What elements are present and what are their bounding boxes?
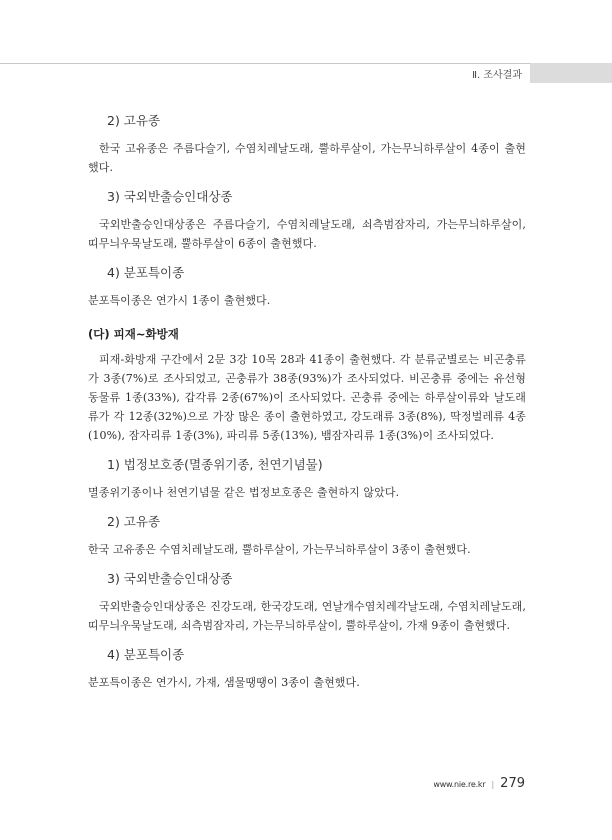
footer-separator: | [491, 780, 494, 789]
subsection-intro: 피재-화방재 구간에서 2문 3강 10목 28과 41종이 출현했다. 각 분… [88, 350, 526, 445]
item-heading-protected: 1) 법정보호종(멸종위기종, 천연기념물) [88, 457, 526, 473]
section-body-distribution: 분포특이종은 연가시 1종이 출현했다. [88, 291, 526, 310]
section-heading-export-approval: 3) 국외반출승인대상종 [88, 189, 526, 205]
item-heading-export-approval: 3) 국외반출승인대상종 [88, 571, 526, 587]
item-heading-endemic: 2) 고유종 [88, 514, 526, 530]
header-tab-block [530, 63, 612, 83]
item-body-export-approval: 국외반출승인대상종은 진강도래, 한국강도래, 연날개수염치레각날도래, 수염치… [88, 597, 526, 635]
chapter-title: Ⅱ. 조사결과 [472, 66, 522, 81]
page-number: 279 [500, 776, 525, 791]
item-body-protected: 멸종위기종이나 천연기념물 같은 법정보호종은 출현하지 않았다. [88, 483, 526, 502]
section-body-export-approval: 국외반출승인대상종은 주름다슬기, 수염치레날도래, 쇠측범잠자리, 가는무늬하… [88, 215, 526, 253]
header-rule [0, 63, 530, 64]
page-content: 2) 고유종 한국 고유종은 주름다슬기, 수염치레날도래, 뿔하루살이, 가는… [88, 113, 526, 704]
footer-url[interactable]: www.nie.re.kr [433, 780, 485, 789]
section-heading-endemic: 2) 고유종 [88, 113, 526, 129]
item-body-endemic: 한국 고유종은 수염치레날도래, 뿔하루살이, 가는무늬하루살이 3종이 출현했… [88, 540, 526, 559]
section-body-endemic: 한국 고유종은 주름다슬기, 수염치레날도래, 뿔하루살이, 가는무늬하루살이 … [88, 139, 526, 177]
subsection-heading: (다) 피재~화방재 [88, 326, 526, 342]
page-footer: www.nie.re.kr|279 [0, 772, 525, 791]
item-heading-distribution: 4) 분포특이종 [88, 647, 526, 663]
section-heading-distribution: 4) 분포특이종 [88, 265, 526, 281]
item-body-distribution: 분포특이종은 연가시, 가재, 샘물땡땡이 3종이 출현했다. [88, 673, 526, 692]
